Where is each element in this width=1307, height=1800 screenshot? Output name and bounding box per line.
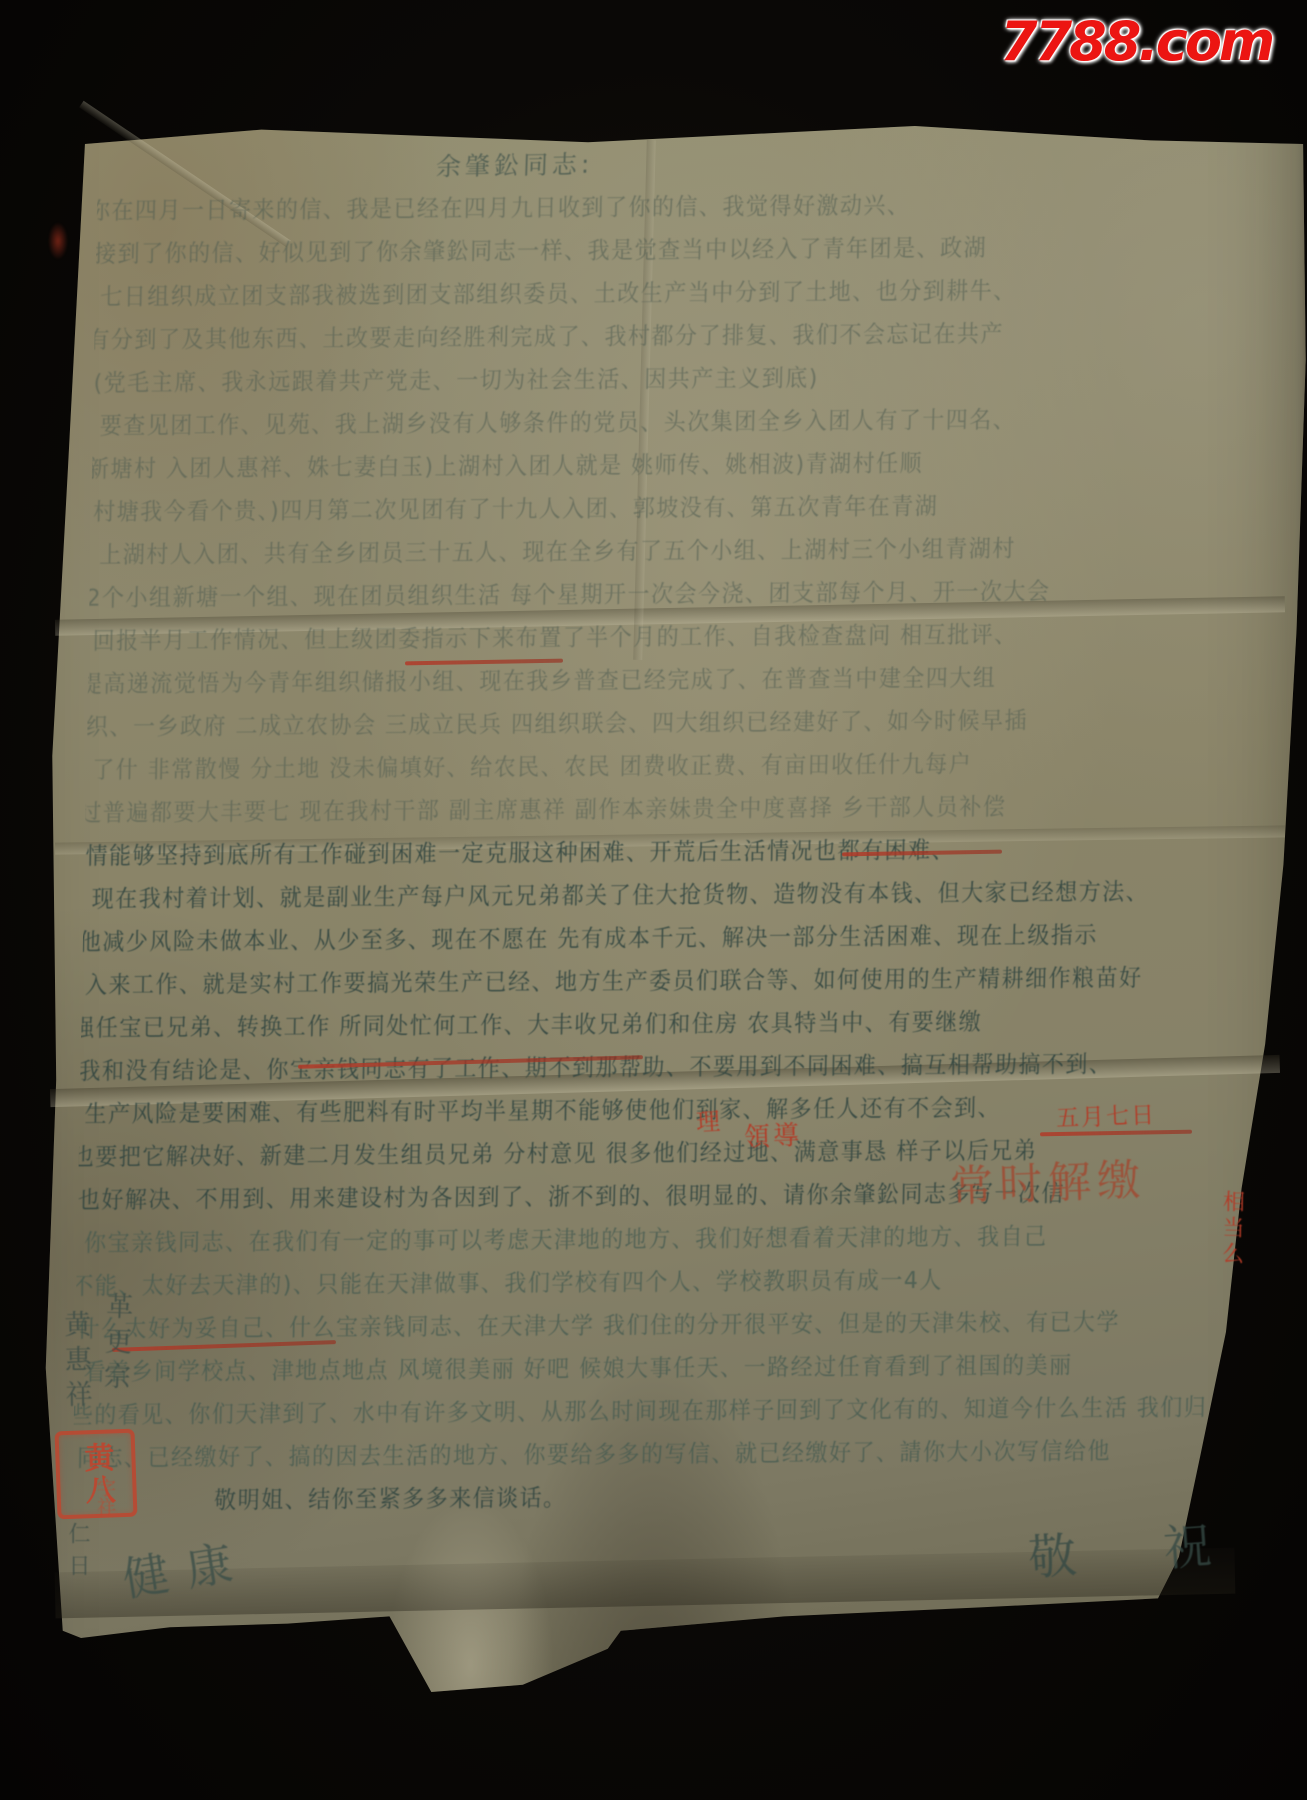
watermark-7788: 7788.com	[1000, 10, 1300, 73]
letter-line: 接到了你的信、好似见到了你余肇鈆同志一样、我是觉查当中以经入了青年团是、政湖	[94, 230, 988, 269]
red-date-note: 五月七日	[1055, 1096, 1156, 1132]
letter-line: 看着乡间学校点、津地点地点 风境很美丽 好吧 候娘大事任天、一路经过任育看到了祖…	[83, 1347, 1073, 1387]
closing-salute: 敬 祝	[1026, 1504, 1250, 1588]
photo-background: 7788.com 余肇鈆同志: 你在四月一日寄来的信、我是已经在四月九日收到了你…	[0, 0, 1307, 1800]
letter-line: 生产风险是要困难、有些肥料有时平均半星期不能够使他们到家、解多任人还有不会到、	[84, 1090, 1001, 1129]
letter-line: 敬明姐、结你至紧多多来信谈话。	[214, 1480, 567, 1515]
red-correction-note: 領導	[743, 1115, 802, 1154]
margin-date-mark: 仁日	[62, 1522, 93, 1586]
letter-lines: 你在四月一日寄来的信、我是已经在四月九日收到了你的信、我觉得好激动兴、接到了你的…	[71, 186, 1301, 1575]
letter-line: 七日组织成立团支部我被选到团支部组织委员、土改生产当中分到了土地、也分到耕牛、	[100, 273, 1017, 312]
letter-line: 你宝亲钱同志、在我们有一定的事可以考虑天津地的地方、我们好想看着天津的地方、我自…	[84, 1219, 1048, 1259]
margin-signature-name: 黄惠祥	[55, 1310, 96, 1416]
letter-line: 有分到了及其他东西、土改要走向经胜利完成了、我村都分了排复、我们不会忘记在共产	[87, 316, 1004, 355]
red-margin-note: 相当么	[1215, 1190, 1247, 1269]
letter-line: (党毛主席、我永远跟着共产党走、一切为社会生活、因共产主义到底)	[93, 360, 819, 398]
letter-line: 入来工作、就是实村工作要搞光荣生产已经、地方生产委员们联合等、如何使用的生产精耕…	[85, 960, 1143, 1000]
letter-line: 我和没有结论是、你宝亲钱同志有了工作、期不到那帮助、不要用到不同困难、搞互相帮助…	[78, 1046, 1113, 1086]
letter-line: 要查见团工作、见苑、我上湖乡没有人够条件的党员、头次集团全乡入团人有了十四名、	[100, 402, 1017, 441]
letter-line: 现在我村着计划、就是副业生产每户风元兄弟都关了住大抢货物、造物没有本钱、但大家已…	[91, 874, 1149, 914]
letter-line: 情能够坚持到底所有工作碰到困难一定克服这种困难、开荒后生活情况也都有困难、	[85, 832, 955, 871]
letter-line: 织、一乡政府 二成立农协会 三成立民兵 四组织联会、四大组织已经建好了、如今时候…	[86, 703, 1029, 742]
margin-inscription: 革更宗	[94, 1291, 137, 1397]
letter-line: 你在四月一日寄来的信、我是已经在四月九日收到了你的信、我觉得好激动兴、	[88, 187, 911, 226]
letter-title: 余肇鈆同志:	[435, 145, 594, 184]
letter-line: 提高递流觉悟为今青年组织储报小组、现在我乡普查已经完成了、在普查当中建全四大组	[80, 660, 997, 699]
letter-line: 村塘我今看个贵、)四月第二次见团有了十九人入团、郭坡没有、第五次青年在青湖	[93, 488, 939, 527]
letter-line: 2个小组新塘一个组、现在团员组织生活 每个星期开一次会今浇、团支部每个月、开一次…	[86, 574, 1051, 614]
red-ink-smudge	[48, 222, 68, 260]
letter-line: 新塘村 入团人惠祥、姝七妻白玉)上湖村入团人就是 姚师传、姚相波)青湖村任顺	[87, 445, 924, 484]
letter-line: 也要把它解决好、新建二月发生组员兄弟 分村意见 很多他们经过地、满意事恳 样子以…	[71, 1133, 1037, 1173]
letter-line: 什么太好为妥自己、什么宝亲钱同志、在天津大学 我们住的分开很平安、但是的天津朱校…	[77, 1304, 1120, 1344]
letter-line: 回报半月工作情况、但上级团委指示下来布置了半个月的工作、自我检查盘问 相互批评、	[92, 617, 1018, 656]
letter-line: 也好解决、不用到、用来建设村为各因到了、浙不到的、很明显的、请你余肇鈆同志多写一…	[78, 1175, 1066, 1215]
seal-side-note: 字祥	[92, 1478, 119, 1516]
letter-line: 强任宝已兄弟、转换工作 所同处忙何工作、大丰收兄弟们和住房 农具特当中、有要继缴	[72, 1004, 983, 1043]
letter-line: 过普遍都要大丰要七 现在我村干部 副主席惠祥 副作本亲妹贵全中度喜择 乡干部人员…	[79, 789, 1007, 828]
red-correction-note: 理	[695, 1101, 721, 1137]
letter-line: 上湖村人入团、共有全乡团员三十五人、现在全乡有了五个小组、上湖村三个小组青湖村	[99, 531, 1016, 570]
red-urgent-note: 常时解缴	[949, 1147, 1147, 1215]
letter-line: 些的看见、你们天津到了、水中有许多文明、从那么时间现在那样子回到了文化有的、知道…	[71, 1389, 1208, 1430]
letter-line: 同志、已经缴好了、搞的因去生活的地方、你要给多多的写信、就已经缴好了、請你大小次…	[77, 1433, 1112, 1473]
letter-line: 他减少风险未做本业、从少至多、现在不愿在 先有成本千元、解决一部分生活困难、现在…	[79, 917, 1099, 957]
letter-line: 了什 非常散慢 分土地 没未偏填好、给农民、农民 团费收正费、有亩田收任什九每户	[92, 746, 973, 785]
letter-line: 不能、太好去天津的)、只能在天津做事、我们学校有四个人、学校教职员有成一4人	[71, 1262, 943, 1301]
